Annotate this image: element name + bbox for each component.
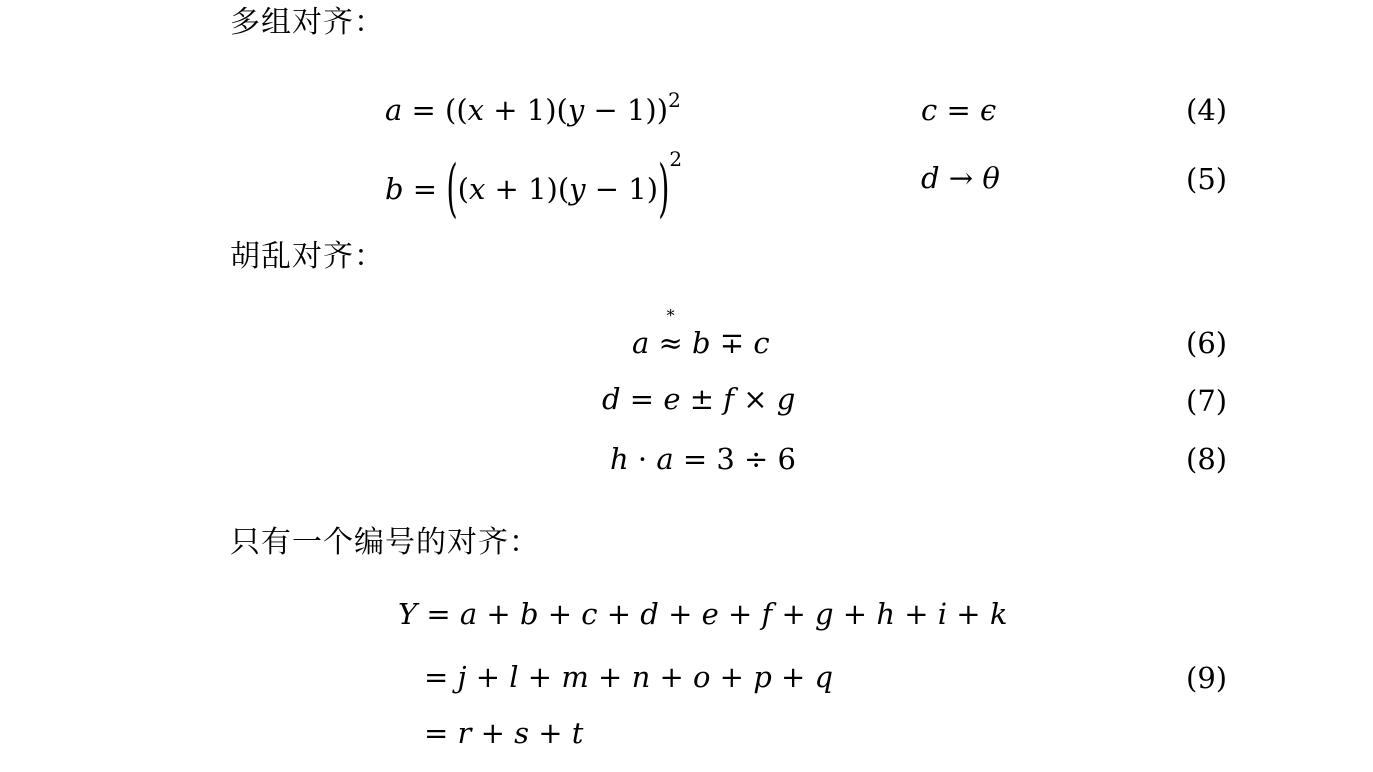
equation-6-star: * [667,308,675,324]
equation-4-number: (4) [1186,92,1227,128]
equation-9-line-3: = r + s + t [424,715,583,751]
equation-6-post: b ∓ c [683,326,770,360]
equation-8-number: (8) [1186,441,1227,477]
equation-8: h · a = 3 ÷ 6 [610,441,796,477]
document-page: 多组对齐： a = ((x + 1)(y − 1))2 c = ϵ (4) b … [0,0,1373,772]
equation-5-right: d → θ [921,160,1000,196]
section-heading-multi-group: 多组对齐： [230,4,385,42]
equation-6-approx: ≈ [659,326,683,360]
equation-9-line-1: Y = a + b + c + d + e + f + g + h + i + … [398,596,1007,632]
equation-5-exponent: 2 [669,147,682,171]
equation-7-number: (7) [1186,383,1227,419]
equation-9-line-2: = j + l + m + n + o + p + q [424,659,833,695]
equation-4-right: c = ϵ [921,92,996,128]
equation-5-open-paren: ( [446,149,457,226]
equation-6-number: (6) [1186,325,1227,361]
equation-5-lhs: b = [385,172,446,206]
equation-5-close-paren: ) [658,149,669,226]
section-heading-single-number: 只有一个编号的对齐： [230,524,540,562]
equation-6: a *≈ b ∓ c [632,325,770,361]
equation-6-relation: *≈ [659,325,683,361]
equation-9-number: (9) [1186,660,1227,696]
equation-5-inner: (x + 1)(y − 1) [458,172,658,206]
equation-5-left: b = ((x + 1)(y − 1))2 [385,159,682,207]
equation-5-number: (5) [1186,161,1227,197]
equation-4-exponent: 2 [668,88,681,112]
section-heading-messy: 胡乱对齐： [230,238,385,276]
equation-4-left: a = ((x + 1)(y − 1))2 [385,92,681,128]
equation-6-pre: a [632,326,659,360]
equation-4-left-body: a = ((x + 1)(y − 1)) [385,93,668,127]
equation-7: d = e ± f × g [602,381,795,417]
